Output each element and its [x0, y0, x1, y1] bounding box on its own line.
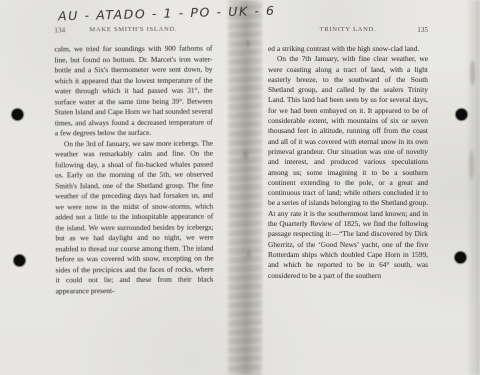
- right-page-body: ed a striking contrast with the high sno…: [268, 44, 428, 281]
- paragraph: ed a striking contrast with the high sno…: [268, 44, 428, 54]
- left-page: 134 MAKE SMITH'S ISLAND. calm, we tried …: [54, 26, 213, 297]
- right-running-head: TRINITY LAND.: [268, 26, 428, 33]
- punch-hole-dot: [455, 252, 466, 263]
- scan-speckle: [246, 40, 250, 47]
- right-page-number: 135: [417, 26, 428, 34]
- right-page-header: TRINITY LAND. 135: [268, 26, 428, 38]
- paragraph: calm, we tried for soundings with 900 fa…: [54, 44, 212, 139]
- handwritten-catalog-annotation: AU - ATADO - 1 - PO - UK - 6: [58, 4, 248, 24]
- paragraph: On the 3rd of January, we saw more icebe…: [55, 138, 214, 296]
- scan-speckle: [469, 150, 474, 180]
- punch-hole-dot: [14, 255, 25, 266]
- scan-speckle: [243, 150, 248, 159]
- scan-speckle: [247, 250, 251, 258]
- paragraph: On the 7th January, with fine clear weat…: [268, 54, 428, 281]
- scan-edge-shadow: [466, 0, 480, 375]
- left-page-header: 134 MAKE SMITH'S ISLAND.: [54, 26, 212, 39]
- book-scan: AU - ATADO - 1 - PO - UK - 6 134 MAKE SM…: [0, 0, 480, 375]
- punch-hole-dot: [456, 109, 467, 120]
- punch-hole-dot: [12, 109, 23, 120]
- left-running-head: MAKE SMITH'S ISLAND.: [54, 26, 212, 34]
- right-page: TRINITY LAND. 135 ed a striking contrast…: [268, 26, 428, 281]
- left-page-body: calm, we tried for soundings with 900 fa…: [54, 44, 213, 297]
- scan-speckle: [470, 60, 475, 86]
- binding-gutter-shadow: [228, 0, 262, 375]
